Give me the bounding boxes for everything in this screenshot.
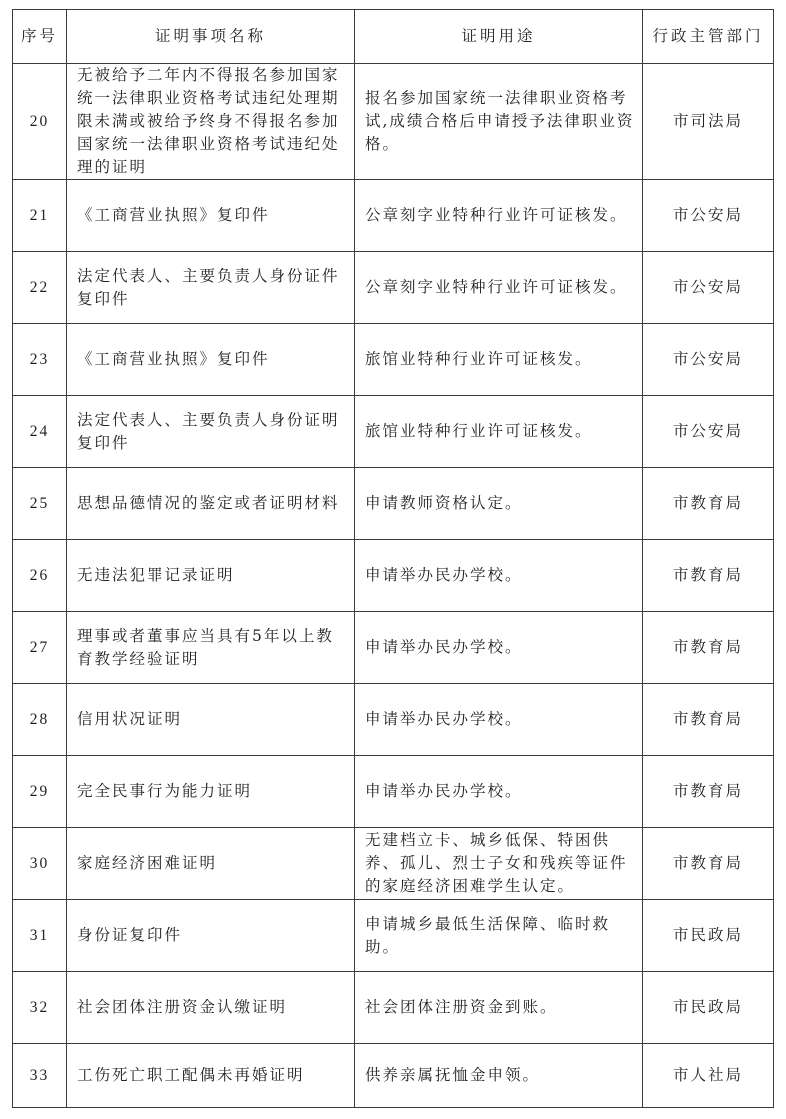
cell-use: 申请城乡最低生活保障、临时救助。 [355,900,643,972]
cell-name: 《工商营业执照》复印件 [67,180,355,252]
cell-name: 理事或者董事应当具有5年以上教育教学经验证明 [67,612,355,684]
cell-no: 23 [13,324,67,396]
cell-no: 20 [13,64,67,180]
cell-name: 身份证复印件 [67,900,355,972]
cell-dept: 市教育局 [643,468,774,540]
cell-dept: 市教育局 [643,612,774,684]
cell-name: 《工商营业执照》复印件 [67,324,355,396]
cell-no: 22 [13,252,67,324]
cell-no: 27 [13,612,67,684]
table-row: 27 理事或者董事应当具有5年以上教育教学经验证明 申请举办民办学校。 市教育局 [13,612,774,684]
cell-dept: 市教育局 [643,756,774,828]
table-row: 21 《工商营业执照》复印件 公章刻字业特种行业许可证核发。 市公安局 [13,180,774,252]
table-row: 33 工伤死亡职工配偶未再婚证明 供养亲属抚恤金申领。 市人社局 [13,1044,774,1108]
cell-no: 21 [13,180,67,252]
cell-use: 旅馆业特种行业许可证核发。 [355,396,643,468]
cell-no: 28 [13,684,67,756]
cell-dept: 市民政局 [643,900,774,972]
table-row: 25 思想品德情况的鉴定或者证明材料 申请教师资格认定。 市教育局 [13,468,774,540]
cell-no: 30 [13,828,67,900]
table-row: 32 社会团体注册资金认缴证明 社会团体注册资金到账。 市民政局 [13,972,774,1044]
header-use: 证明用途 [355,10,643,64]
cell-use: 申请举办民办学校。 [355,684,643,756]
cell-no: 24 [13,396,67,468]
cell-dept: 市民政局 [643,972,774,1044]
cell-name: 思想品德情况的鉴定或者证明材料 [67,468,355,540]
cell-no: 25 [13,468,67,540]
cell-dept: 市教育局 [643,684,774,756]
cell-use: 无建档立卡、城乡低保、特困供养、孤儿、烈士子女和残疾等证件的家庭经济困难学生认定… [355,828,643,900]
cell-no: 29 [13,756,67,828]
cell-use: 申请举办民办学校。 [355,612,643,684]
table-row: 29 完全民事行为能力证明 申请举办民办学校。 市教育局 [13,756,774,828]
table-row: 31 身份证复印件 申请城乡最低生活保障、临时救助。 市民政局 [13,900,774,972]
cell-use: 旅馆业特种行业许可证核发。 [355,324,643,396]
table-row: 20 无被给予二年内不得报名参加国家统一法律职业资格考试违纪处理期限未满或被给予… [13,64,774,180]
cell-dept: 市公安局 [643,396,774,468]
cell-use: 报名参加国家统一法律职业资格考试,成绩合格后申请授予法律职业资格。 [355,64,643,180]
cell-dept: 市公安局 [643,252,774,324]
cell-dept: 市司法局 [643,64,774,180]
header-name: 证明事项名称 [67,10,355,64]
cell-use: 供养亲属抚恤金申领。 [355,1044,643,1108]
cell-name: 法定代表人、主要负责人身份证明复印件 [67,396,355,468]
table-row: 30 家庭经济困难证明 无建档立卡、城乡低保、特困供养、孤儿、烈士子女和残疾等证… [13,828,774,900]
header-no: 序号 [13,10,67,64]
header-dept: 行政主管部门 [643,10,774,64]
table-header-row: 序号 证明事项名称 证明用途 行政主管部门 [13,10,774,64]
cell-no: 31 [13,900,67,972]
cell-name: 无违法犯罪记录证明 [67,540,355,612]
table-row: 22 法定代表人、主要负责人身份证件复印件 公章刻字业特种行业许可证核发。 市公… [13,252,774,324]
cell-dept: 市教育局 [643,828,774,900]
cell-dept: 市人社局 [643,1044,774,1108]
cell-use: 公章刻字业特种行业许可证核发。 [355,180,643,252]
cell-no: 33 [13,1044,67,1108]
cell-dept: 市公安局 [643,324,774,396]
cell-name: 完全民事行为能力证明 [67,756,355,828]
cell-use: 申请举办民办学校。 [355,540,643,612]
cell-dept: 市教育局 [643,540,774,612]
cell-use: 公章刻字业特种行业许可证核发。 [355,252,643,324]
cell-name: 无被给予二年内不得报名参加国家统一法律职业资格考试违纪处理期限未满或被给予终身不… [67,64,355,180]
table-row: 26 无违法犯罪记录证明 申请举办民办学校。 市教育局 [13,540,774,612]
cell-name: 家庭经济困难证明 [67,828,355,900]
cell-dept: 市公安局 [643,180,774,252]
cell-name: 工伤死亡职工配偶未再婚证明 [67,1044,355,1108]
cell-use: 申请教师资格认定。 [355,468,643,540]
table-row: 28 信用状况证明 申请举办民办学校。 市教育局 [13,684,774,756]
cell-use: 申请举办民办学校。 [355,756,643,828]
cell-name: 社会团体注册资金认缴证明 [67,972,355,1044]
cell-no: 26 [13,540,67,612]
cell-use: 社会团体注册资金到账。 [355,972,643,1044]
cell-no: 32 [13,972,67,1044]
cell-name: 法定代表人、主要负责人身份证件复印件 [67,252,355,324]
table-row: 23 《工商营业执照》复印件 旅馆业特种行业许可证核发。 市公安局 [13,324,774,396]
table-row: 24 法定代表人、主要负责人身份证明复印件 旅馆业特种行业许可证核发。 市公安局 [13,396,774,468]
cell-name: 信用状况证明 [67,684,355,756]
certificate-items-table: 序号 证明事项名称 证明用途 行政主管部门 20 无被给予二年内不得报名参加国家… [12,9,774,1108]
